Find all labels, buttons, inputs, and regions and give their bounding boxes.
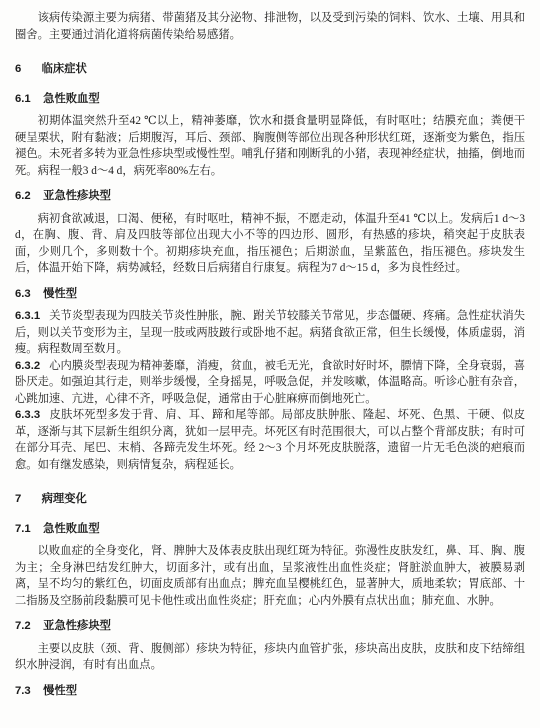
document-page: 该病传染源主要为病猪、带菌猪及其分泌物、排泄物，以及受到污染的饲料、饮水、土壤、… [0,0,540,728]
clause-number: 6.3.2 [15,360,40,372]
paragraph-6-3-2: 6.3.2心内膜炎型表现为精神萎靡，消瘦，贫血，被毛无光，食欲时好时坏，膘情下降… [15,358,525,408]
section-title: 临床症状 [42,63,87,75]
section-heading-pathological-changes: 7病理变化 [15,491,525,508]
section-number: 7 [15,493,21,505]
paragraph-7-2-body: 主要以皮肤（颈、背、腹侧部）疹块为特征，疹块内血管扩张，疹块高出皮肤，皮肤和皮下… [15,641,525,674]
subsection-heading-6-1: 6.1急性败血型 [15,91,525,108]
clause-text: 关节炎型表现为四肢关节炎性肿胀，腕、跗关节较膝关节常见，步态僵硬、疼痛。急性症状… [15,310,525,355]
subsection-number: 7.3 [15,685,31,697]
clause-number: 6.3.3 [15,409,40,421]
paragraph-transmission-source: 该病传染源主要为病猪、带菌猪及其分泌物、排泄物，以及受到污染的饲料、饮水、土壤、… [15,10,525,43]
subsection-heading-7-3: 7.3慢性型 [15,683,525,700]
paragraph-6-2-body: 病初食欲减退，口渴、便秘，有时呕吐，精神不振，不愿走动，体温升至41 ℃以上。发… [15,211,525,277]
section-number: 6 [15,63,21,75]
subsection-number: 6.3 [15,288,31,300]
section-title: 病理变化 [42,493,87,505]
paragraph-7-1-body: 以败血症的全身变化，肾、脾肿大及体表皮肤出现红斑为特征。弥漫性皮肤发红，鼻、耳、… [15,543,525,609]
section-heading-clinical-symptoms: 6临床症状 [15,61,525,78]
subsection-title: 亚急性疹块型 [43,620,111,632]
clause-text: 心内膜炎型表现为精神萎靡，消瘦，贫血，被毛无光，食欲时好时坏，膘情下降，全身衰弱… [15,360,525,405]
subsection-heading-6-3: 6.3慢性型 [15,286,525,303]
subsection-title: 急性败血型 [43,523,100,535]
subsection-number: 7.1 [15,523,31,535]
subsection-heading-7-1: 7.1急性败血型 [15,521,525,538]
clause-text: 皮肤坏死型多发于背、肩、耳、蹄和尾等部。局部皮肤肿胀、隆起、坏死、色黑、干硬、似… [15,409,525,471]
paragraph-6-1-body: 初期体温突然升至42 ℃以上，精神萎靡，饮水和摄食量明显降低，有时呕吐；结膜充血… [15,113,525,179]
paragraph-6-3-3: 6.3.3皮肤坏死型多发于背、肩、耳、蹄和尾等部。局部皮肤肿胀、隆起、坏死、色黑… [15,407,525,473]
subsection-heading-6-2: 6.2亚急性疹块型 [15,188,525,205]
paragraph-6-3-1: 6.3.1关节炎型表现为四肢关节炎性肿胀，腕、跗关节较膝关节常见，步态僵硬、疼痛… [15,308,525,358]
subsection-number: 6.1 [15,93,31,105]
subsection-number: 7.2 [15,620,31,632]
subsection-heading-7-2: 7.2亚急性疹块型 [15,618,525,635]
subsection-title: 急性败血型 [43,93,100,105]
subsection-title: 慢性型 [43,685,77,697]
subsection-title: 慢性型 [43,288,77,300]
clause-number: 6.3.1 [15,310,40,322]
subsection-number: 6.2 [15,190,31,202]
subsection-title: 亚急性疹块型 [43,190,111,202]
